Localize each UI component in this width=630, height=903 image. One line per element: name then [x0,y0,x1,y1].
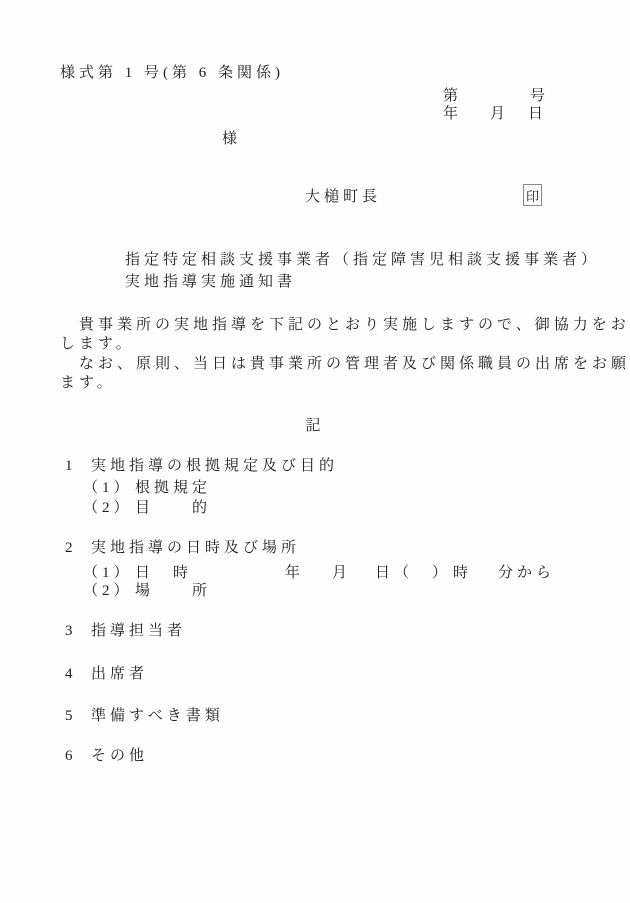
list-item3-number: 3 [65,623,77,639]
list-item6-title: その他 [91,748,148,764]
seal-box: 印 [523,184,542,206]
list-item2-field-hour: 時 [453,565,472,581]
body-paragraph2-line2: ます。 [60,375,116,391]
list-item1-number: 1 [65,458,77,474]
list-item2-field-minute: 分から [498,565,555,581]
list-item2-title: 実地指導の日時及び場所 [91,540,300,556]
list-item2-field-year: 年 [285,565,304,581]
record-marker: 記 [0,418,630,434]
list-item4-number: 4 [65,666,77,682]
list-item6-number: 6 [65,748,77,764]
document-title-line1: 指定特定相談支援事業者（指定障害児相談支援事業者） [125,252,600,268]
list-item1-title: 実地指導の根拠規定及び目的 [91,458,338,474]
list-item1-sub1-label: 根拠規定 [135,480,211,496]
list-item1-sub2-label: 目 的 [135,500,211,516]
document-page: 様式第 1 号(第 6 条関係) 第 号 年 月 日 様 大槌町長 印 指定特定… [0,0,630,903]
list-item5-number: 5 [65,708,77,724]
doc-number-prefix: 第 [443,88,462,104]
list-item2-sub2-marker: （2） [83,583,133,599]
list-item2-field-day: 日（ ） [375,565,451,581]
body-paragraph1-line2: します。 [60,336,135,352]
list-item2-number: 2 [65,540,77,556]
addressee-suffix: 様 [222,131,241,147]
date-day-label: 日 [528,106,547,122]
sender-title: 大槌町長 [305,189,381,205]
list-item2-sub1-label: 日 時 [135,565,192,581]
list-item1-sub2-marker: （2） [83,500,133,516]
body-paragraph2-line1: なお、原則、当日は貴事業所の管理者及び関係職員の出席をお願いし [60,356,630,372]
list-item5-title: 準備すべき書類 [91,708,224,724]
date-year-label: 年 [443,106,462,122]
list-item2-sub2-label: 場 所 [135,583,211,599]
seal-label: 印 [526,186,539,205]
list-item2-field-month: 月 [332,565,351,581]
list-item4-title: 出席者 [91,666,148,682]
list-item1-sub1-marker: （1） [83,480,133,496]
doc-number-suffix: 号 [530,88,549,104]
date-month-label: 月 [490,106,509,122]
document-title-line2: 実地指導実施通知書 [125,274,296,290]
body-paragraph1-line1: 貴事業所の実地指導を下記のとおり実施しますので、御協力をお願い [60,317,630,333]
form-number: 様式第 1 号(第 6 条関係) [60,65,284,81]
list-item2-sub1-marker: （1） [83,565,133,581]
list-item3-title: 指導担当者 [91,623,186,639]
